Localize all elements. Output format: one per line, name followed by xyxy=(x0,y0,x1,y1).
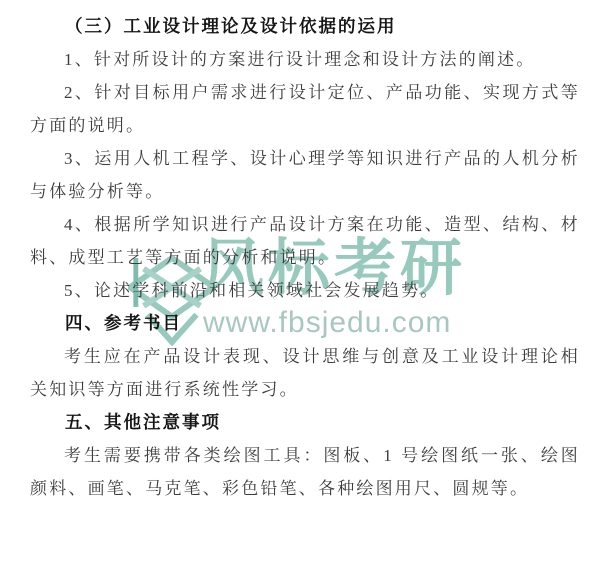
numbered-item-5: 5、论述学科前沿和相关领域社会发展趋势。 xyxy=(30,274,580,307)
document-page: 风标考研 www.fbsjedu.com （三）工业设计理论及设计依据的运用 1… xyxy=(0,0,607,564)
paragraph-reference-note: 考生应在产品设计表现、设计思维与创意及工业设计理论相关知识等方面进行系统性学习。 xyxy=(30,340,580,406)
paragraph-tools-note: 考生需要携带各类绘图工具：图板、1 号绘图纸一张、绘图颜料、画笔、马克笔、彩色铅… xyxy=(30,439,580,505)
numbered-item-2: 2、针对目标用户需求进行设计定位、产品功能、实现方式等方面的说明。 xyxy=(30,76,580,142)
document-content: （三）工业设计理论及设计依据的运用 1、针对所设计的方案进行设计理念和设计方法的… xyxy=(30,10,580,505)
heading-reference-books: 四、参考书目 xyxy=(30,307,580,340)
numbered-item-1: 1、针对所设计的方案进行设计理念和设计方法的阐述。 xyxy=(30,43,580,76)
heading-other-notes: 五、其他注意事项 xyxy=(30,406,580,439)
heading-section-3: （三）工业设计理论及设计依据的运用 xyxy=(30,10,580,43)
numbered-item-3: 3、运用人机工程学、设计心理学等知识进行产品的人机分析与体验分析等。 xyxy=(30,142,580,208)
numbered-item-4: 4、根据所学知识进行产品设计方案在功能、造型、结构、材料、成型工艺等方面的分析和… xyxy=(30,208,580,274)
